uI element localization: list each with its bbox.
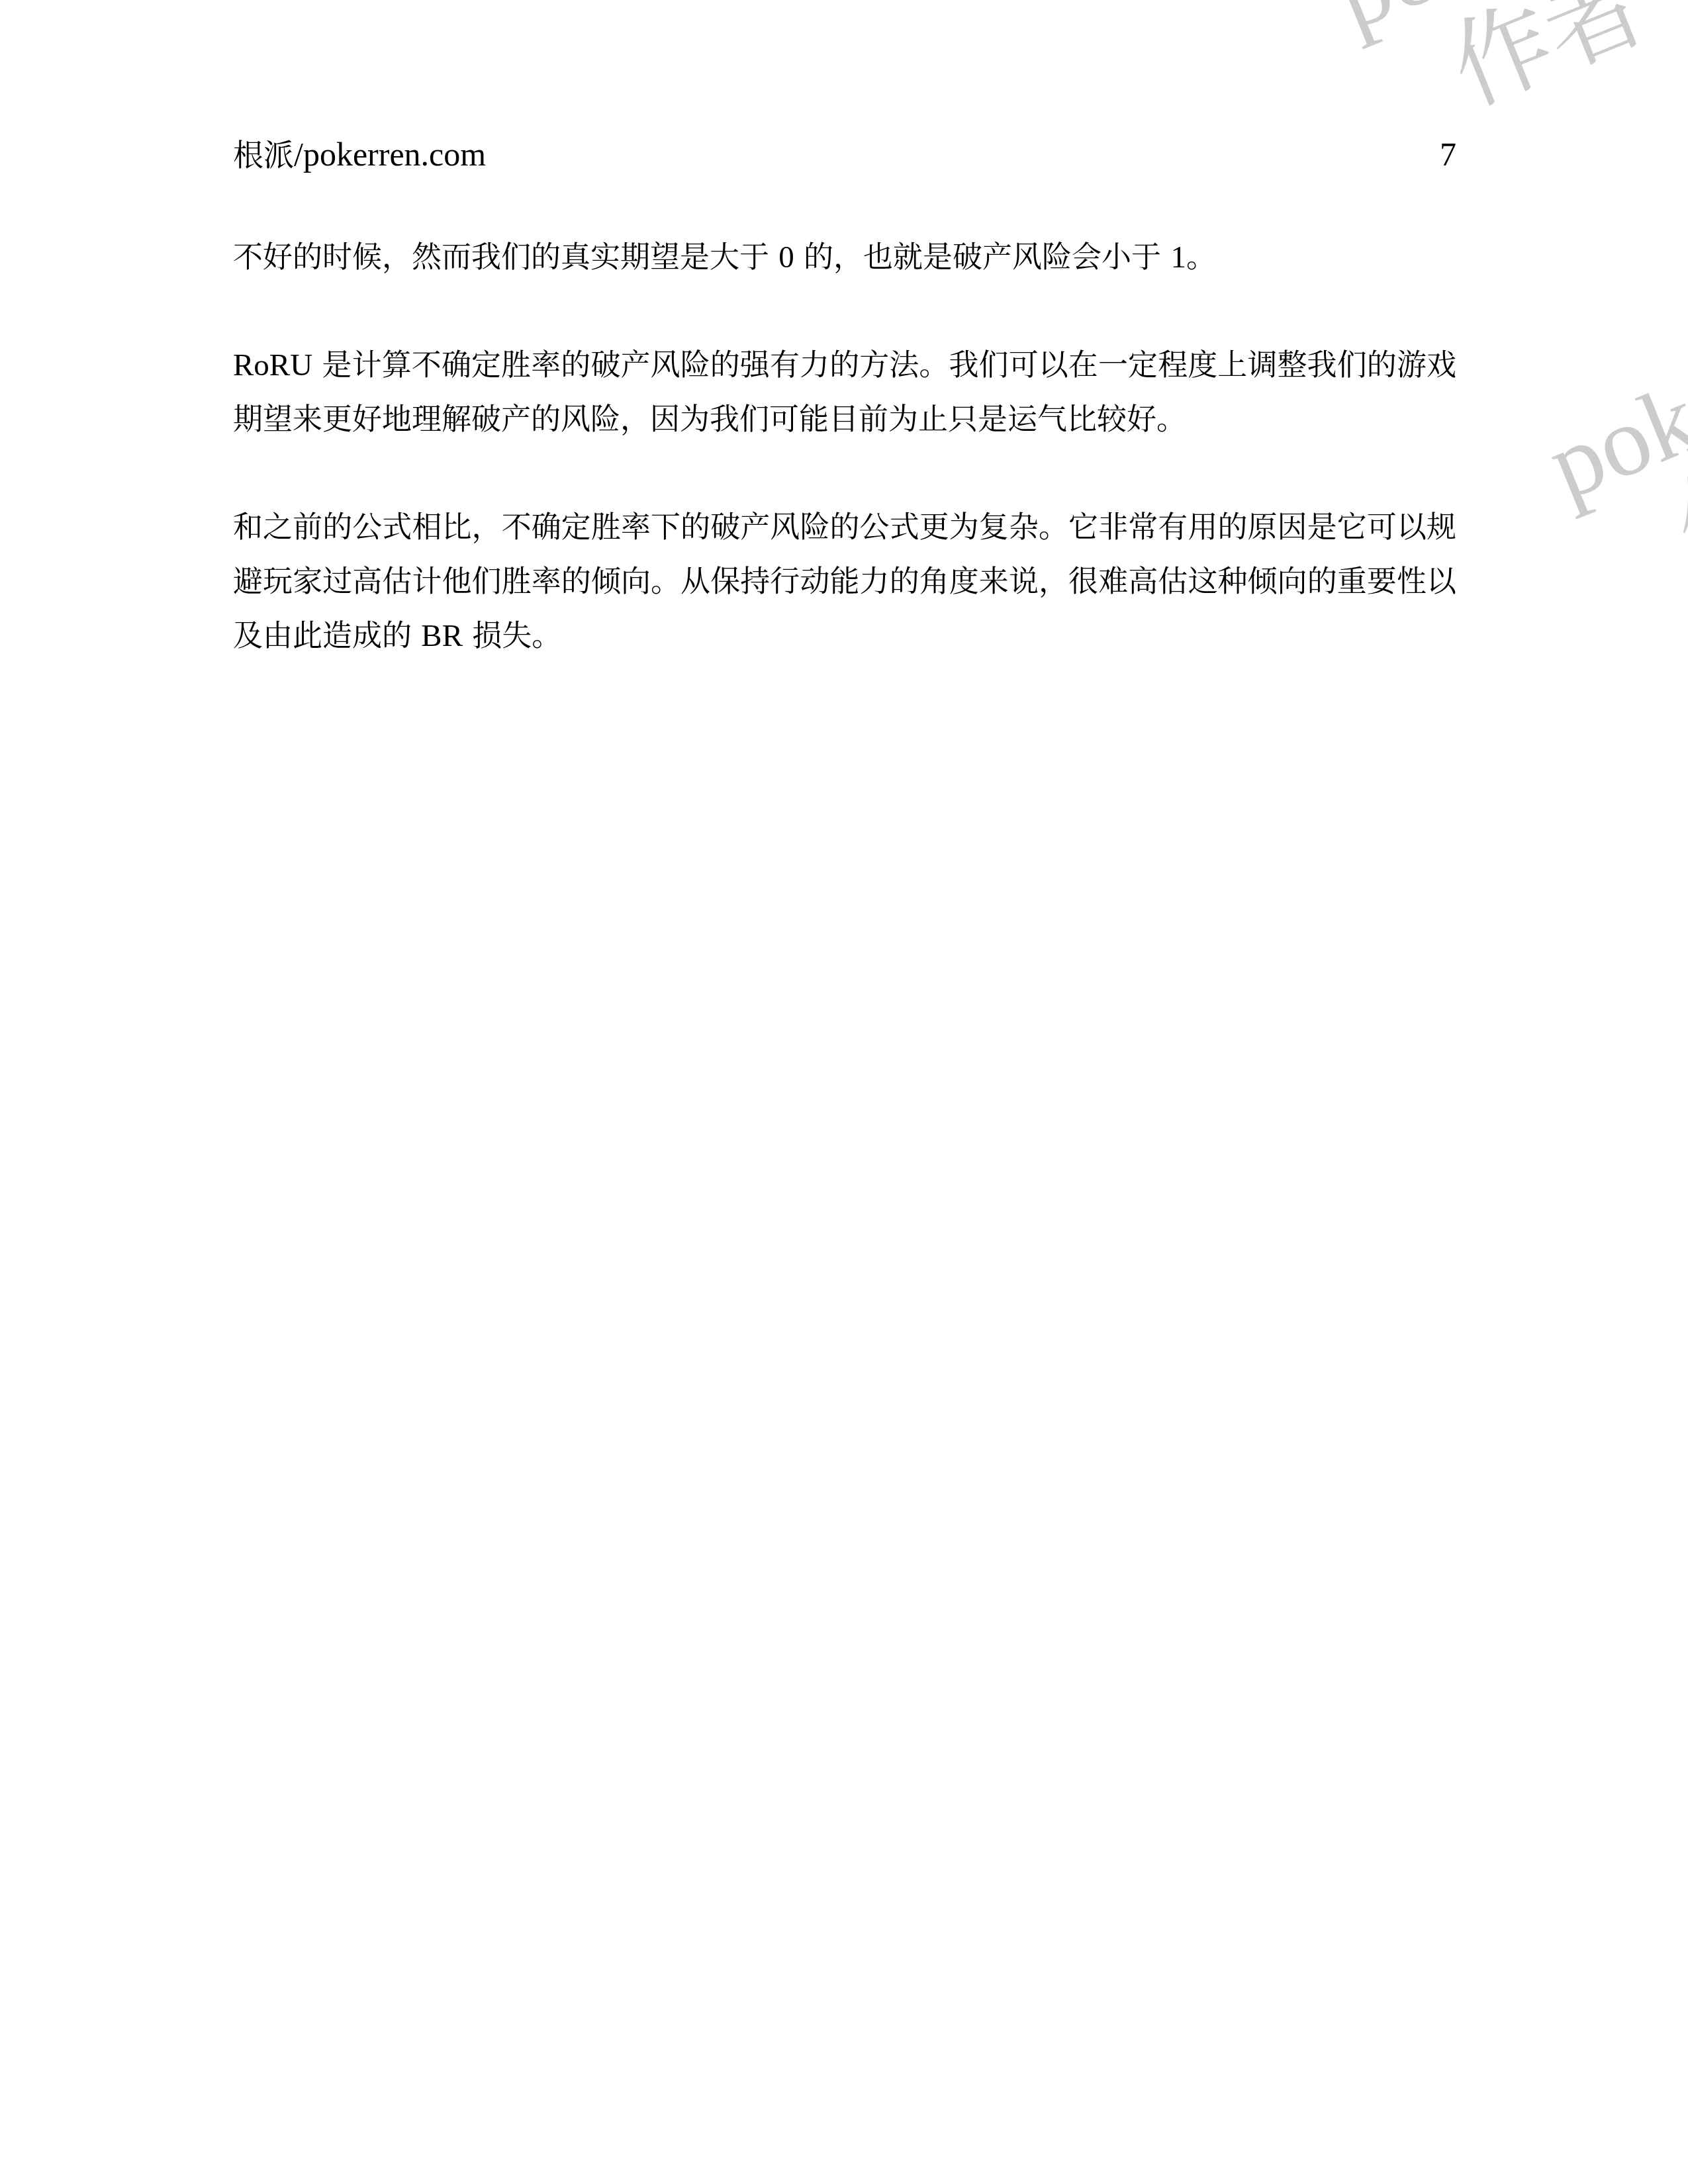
term-br: BR	[421, 619, 463, 653]
watermark-cjk-text: 作者	[1438, 0, 1660, 120]
paragraph-2: RoRU 是计算不确定胜率的破产风险的强有力的方法。我们可以在一定程度上调整我们…	[233, 338, 1456, 447]
watermark-latin-text: pokerren.com	[1536, 218, 1688, 516]
text-segment: 的，也就是破产风险会小于	[794, 240, 1171, 275]
text-segment: 和之前的公式相比，不确定胜率下的破产风险的公式更为复杂。它非常有用的原因是它可以…	[233, 510, 1456, 653]
site-name-cjk: 根派	[233, 137, 294, 173]
site-name: 根派/pokerren.com	[233, 131, 486, 178]
paragraph-3: 和之前的公式相比，不确定胜率下的破产风险的公式更为复杂。它非常有用的原因是它可以…	[233, 500, 1456, 663]
page-number: 7	[1440, 131, 1456, 177]
term-roru: RoRU	[233, 348, 312, 383]
text-segment: 是计算不确定胜率的破产风险的强有力的方法。我们可以在一定程度上调整我们的游戏期望…	[233, 347, 1456, 437]
text-segment: 不好的时候，然而我们的真实期望是大于	[233, 240, 778, 275]
watermark-cjk-text: 作者	[1662, 413, 1688, 579]
site-name-separator: /	[294, 136, 303, 173]
text-segment: 。	[1186, 240, 1216, 275]
watermark-latin-text: pokerren.com	[1323, 0, 1688, 46]
text-segment: 损失。	[463, 618, 561, 653]
number-one: 1	[1170, 240, 1186, 275]
body-text: 不好的时候，然而我们的真实期望是大于 0 的，也就是破产风险会小于 1。 RoR…	[233, 230, 1456, 717]
paragraph-1: 不好的时候，然而我们的真实期望是大于 0 的，也就是破产风险会小于 1。	[233, 230, 1456, 285]
running-head: 根派/pokerren.com 7	[233, 131, 1456, 177]
site-domain: pokerren.com	[303, 136, 486, 173]
number-zero: 0	[778, 240, 794, 275]
